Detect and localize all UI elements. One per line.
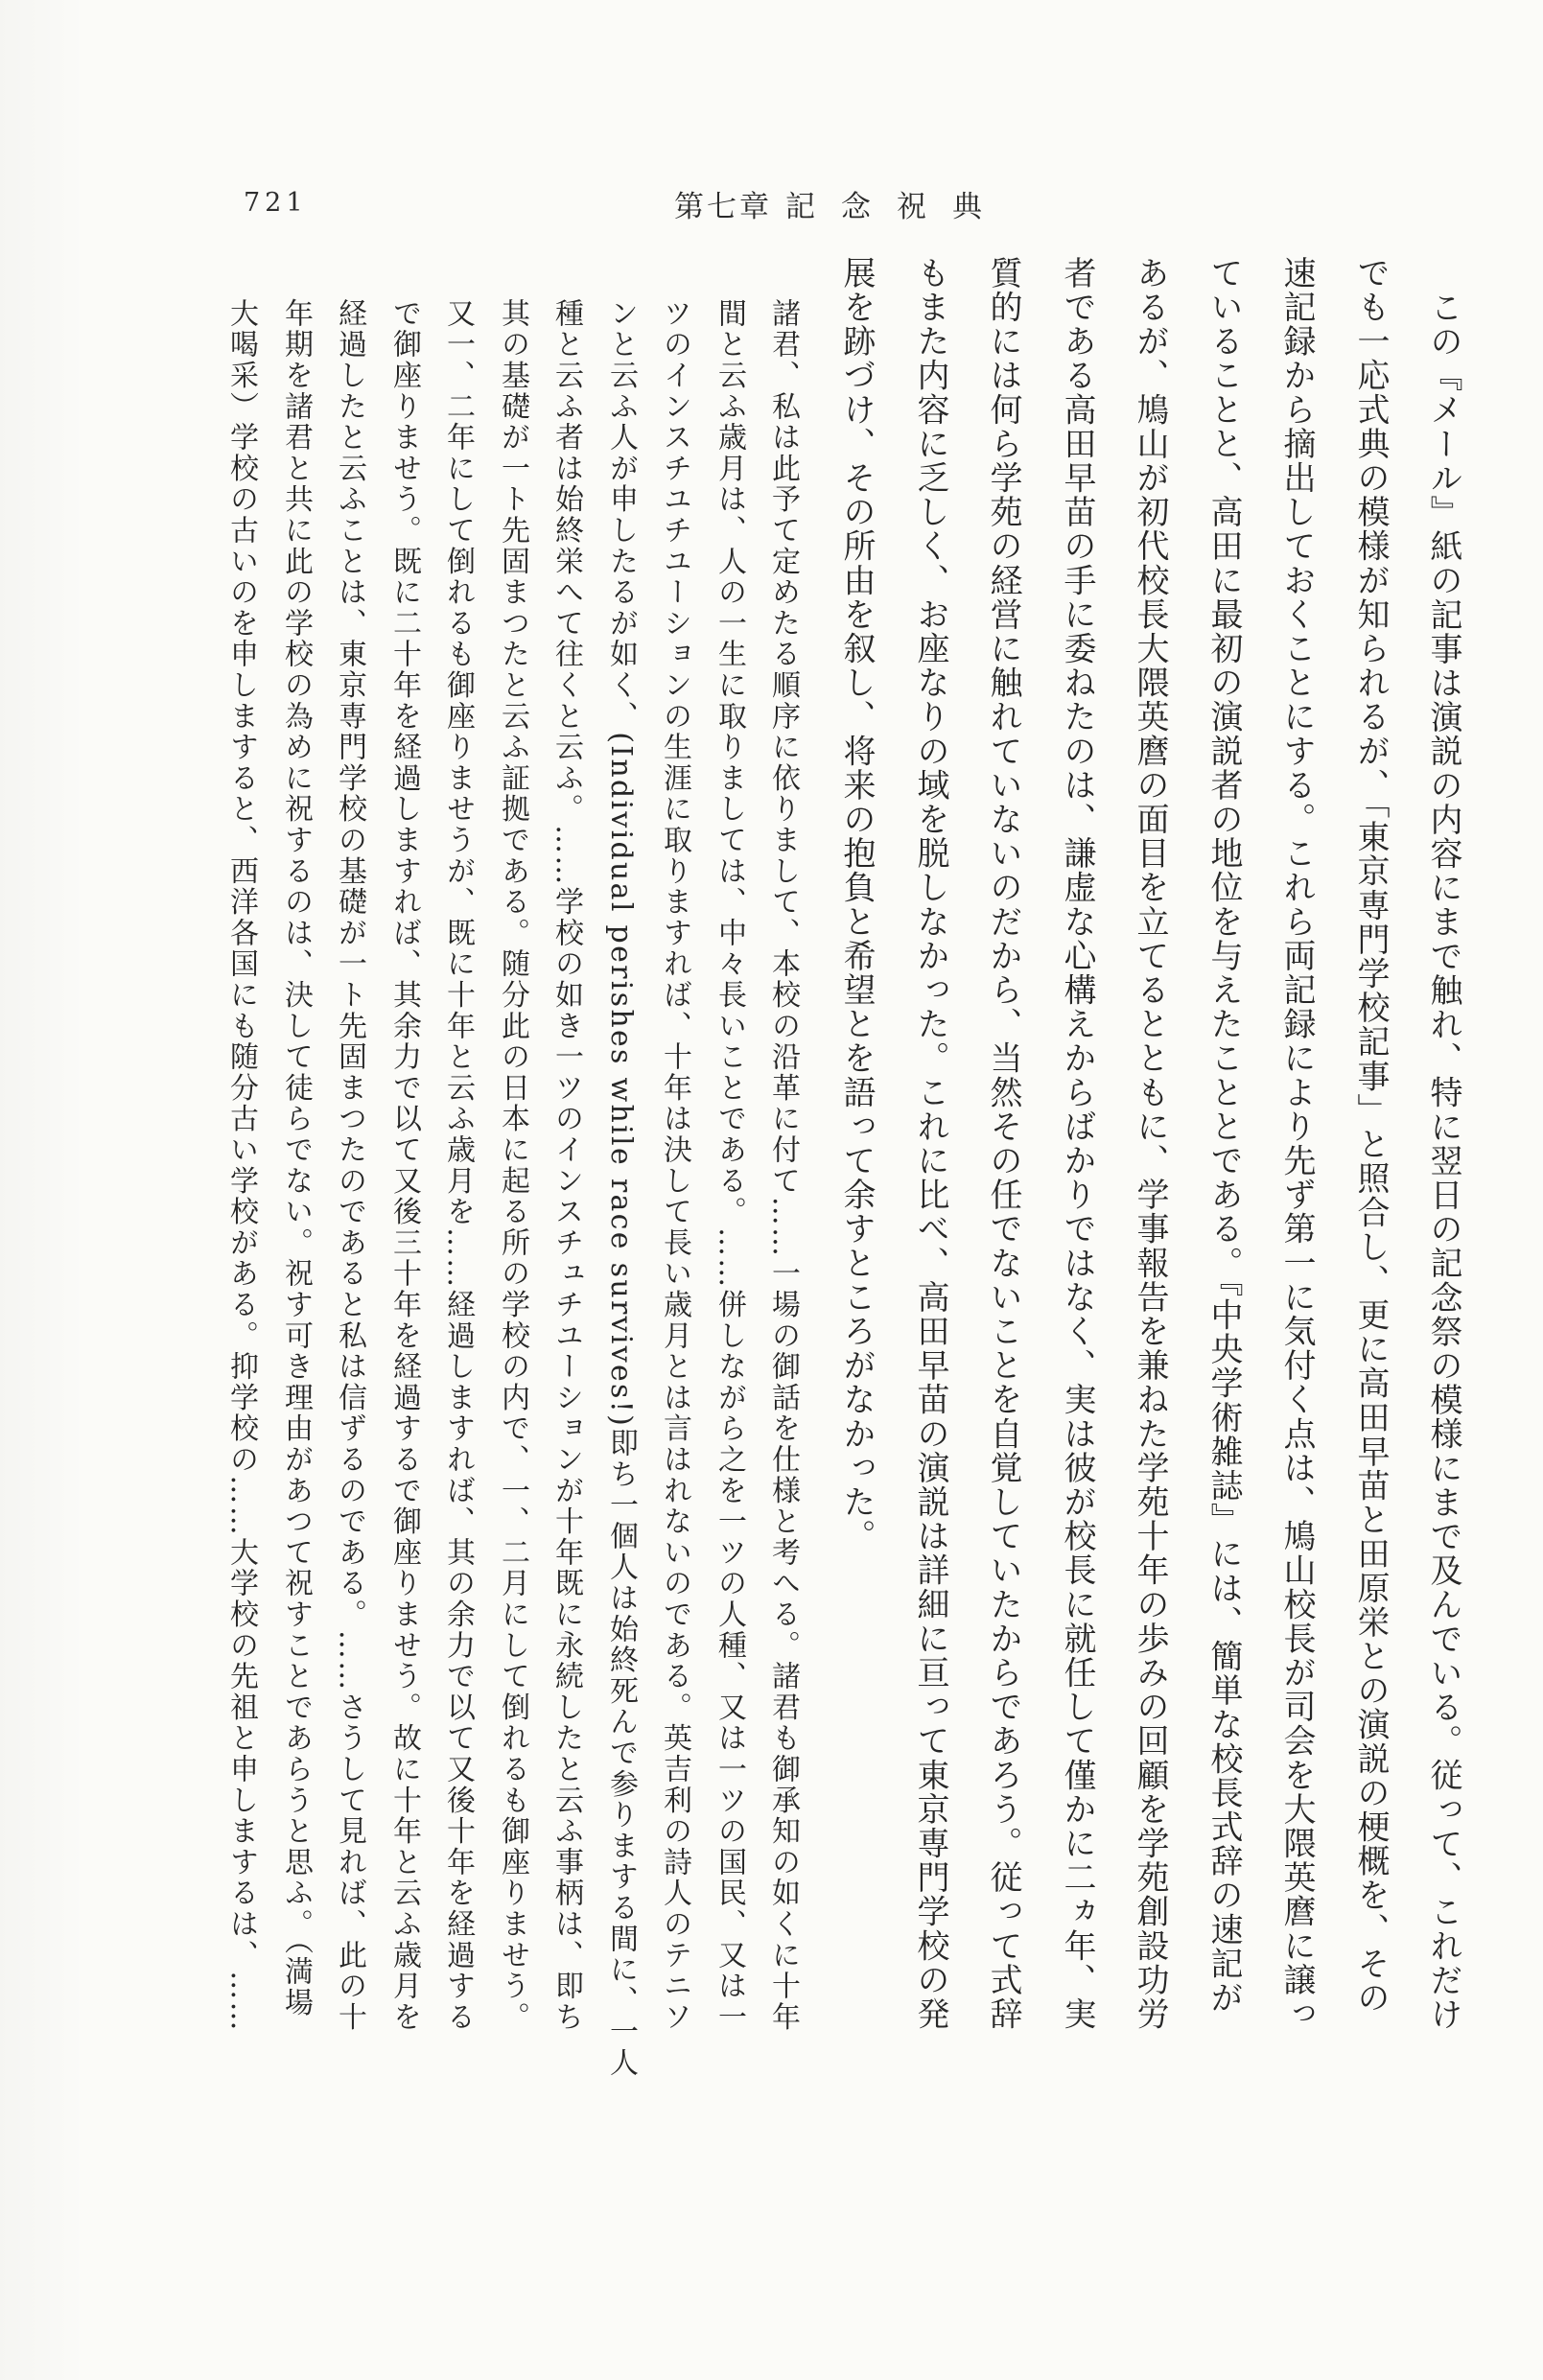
text-column-9: 展を跡づけ、その所由を叙し、将来の抱負と希望とを語って余すところがなかった。 <box>846 256 880 1553</box>
text-column-13: ンと云ふ人が申したるが如く、(Individual perishes while… <box>611 298 642 2078</box>
text-column-20: 大喝采）学校の古いのを申しますると、西洋各国にも随分古い学校がある。抑学校の……… <box>231 298 262 2033</box>
book-page: 721 第七章 記念祝典 この『メール』紙の記事は演説の内容にまで触れ、特に翌日… <box>0 0 1543 2380</box>
text-column-16: 又一、二年にして倒れるも御座りませうが、既に十年と云ふ歳月を……経過しますれば、… <box>448 298 479 2033</box>
text-column-7: 質的には何ら学苑の経営に触れていないのだから、当然その任でないことを自覚していた… <box>993 256 1027 2031</box>
text-column-2: でも一応式典の模様が知られるが、「東京専門学校記事」と照合し、更に高田早苗と田原… <box>1360 256 1394 2015</box>
text-column-14: 種と云ふ者は始終栄へて往くと云ふ。……学校の如き一ツのインスチュチユーションが十… <box>556 298 587 2033</box>
text-column-4: ていることと、高田に最初の演説者の地位を与えたこととである。『中央学術雑誌』には… <box>1213 256 1248 2015</box>
text-column-1: この『メール』紙の記事は演説の内容にまで触れ、特に翌日の記念祭の模様にまで及んで… <box>1433 256 1467 2032</box>
text-column-8: もまた内容に乏しく、お座なりの域を脱しなかった。これに比べ、高田早苗の演説は詳細… <box>920 256 954 2031</box>
text-column-5: あるが、鳩山が初代校長大隈英麿の面目を立てるとともに、学事報告を兼ねた学苑十年の… <box>1139 256 1174 2031</box>
text-column-15: 其の基礎が一ト先固まつたと云ふ証拠である。随分此の日本に起る所の学校の内で、一、… <box>503 298 533 2033</box>
text-column-3: 速記録から摘出しておくことにする。これら両記録により先ず第一に気付く点は、鳩山校… <box>1286 256 1321 2031</box>
text-column-6: 者である高田早苗の手に委ねたのは、謙虚な心構えからばかりではなく、実は彼が校長に… <box>1066 256 1101 2031</box>
text-body: この『メール』紙の記事は演説の内容にまで触れ、特に翌日の記念祭の模様にまで及んで… <box>0 0 1543 2380</box>
text-column-17: で御座りませう。既に二十年を経過しますれば、其余力で以て又後三十年を経過するで御… <box>394 298 425 2033</box>
text-column-12: ツのインスチユチユーションの生涯に取りますれば、十年は決して長い歳月とは言はれな… <box>665 298 695 2033</box>
text-column-18: 経過したと云ふことは、東京専門学校の基礎が一ト先固まつたのであると私は信ずるので… <box>339 298 370 2033</box>
text-column-11: 間と云ふ歳月は、人の一生に取りましては、中々長いことである。……併しながら之を一… <box>719 298 750 2033</box>
text-column-10: 諸君、私は此予て定めたる順序に依りまして、本校の沿革に付て……一場の御話を仕様と… <box>773 298 804 2033</box>
text-column-19: 年期を諸君と共に此の学校の為めに祝するのは、決して徒らでない。祝す可き理由があつ… <box>286 298 316 2018</box>
